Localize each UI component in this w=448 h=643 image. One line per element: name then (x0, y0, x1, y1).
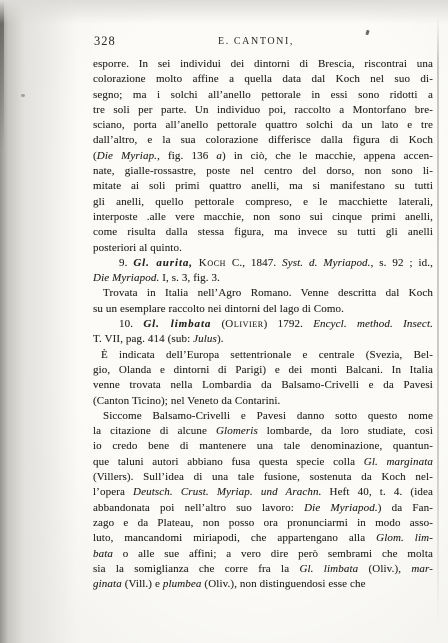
page-gutter-line (437, 16, 439, 626)
text-line: colorazione molto affine a quella data d… (93, 72, 433, 87)
text-segment: lombarde, da loro studiate, così (258, 425, 433, 437)
text-line: que taluni autori abbiano fusa questa sp… (93, 455, 433, 470)
text-segment: Die Myriap. (97, 150, 157, 162)
text-line: (Die Myriap., fig. 136 a) in ciò, che le… (93, 149, 433, 164)
text-line: ginata (Vill.) e plumbea (Oliv.), non di… (93, 577, 433, 592)
text-segment: ( (211, 318, 225, 330)
running-title: E. CANTONI, (218, 36, 294, 47)
text-segment: ginata (93, 578, 122, 590)
text-segment: posteriori al quinto. (93, 242, 182, 254)
paragraph-continuation: esporre. In sei individui dei dintorni d… (93, 57, 433, 256)
text-line: Siccome Balsamo-Crivelli e Pavesi danno … (93, 409, 433, 424)
paragraph-limbata-distribution: È indicata dell’Europa settentrionale e … (93, 348, 433, 409)
text-segment: (Oliv.), non distinguendosi esse che (202, 578, 366, 590)
text-line: bata o alle sue affini; a vero dire però… (93, 547, 433, 562)
text-segment: su un esemplare raccolto nei dintorni de… (93, 303, 344, 315)
text-segment: plumbea (163, 578, 202, 590)
text-line: l’opera Deutsch. Crust. Myriap. und Arac… (93, 485, 433, 500)
text-segment: Gl. marginata (364, 456, 433, 468)
text-line: 9. Gl. aurita, Koch C., 1847. Syst. d. M… (93, 256, 433, 271)
text-line: tre soli per parte. Un individuo poi, ra… (93, 103, 433, 118)
text-line: interposte .alle vere macchie, non sono … (93, 210, 433, 225)
text-segment: Gl. limbata (143, 318, 211, 330)
text-segment: gio, Olanda e dintorni di Parigi) e dei … (93, 364, 433, 376)
text-segment: Glom. lim- (376, 532, 433, 544)
text-segment: (Vill.) e (122, 578, 163, 590)
text-line: gio, Olanda e dintorni di Parigi) e dei … (93, 363, 433, 378)
text-segment: C., 1847. (226, 257, 282, 269)
text-segment: esporre. In sei individui dei dintorni d… (93, 58, 433, 70)
text-segment: Die Myriapod. (304, 502, 378, 514)
text-segment: È indicata dell’Europa settentrionale e … (101, 349, 433, 361)
text-segment: o alle sue affini; a vero dire però semb… (113, 548, 433, 560)
text-segment: Julus (193, 333, 217, 345)
text-segment: la citazione di alcune (93, 425, 216, 437)
text-line: (Villers). Sull’idea di una tale fusione… (93, 470, 433, 485)
text-segment: nate, gialle-rossastre, poste nel centro… (93, 165, 433, 177)
text-segment: l’opera (93, 486, 133, 498)
text-segment: ) 1792. (264, 318, 314, 330)
text-segment: zago e da Plateau, non posso ora pronunc… (93, 517, 433, 529)
text-segment: mitate ai soli primi quattro anelli, ma … (93, 180, 433, 192)
text-line: esporre. In sei individui dei dintorni d… (93, 57, 433, 72)
text-segment: colorazione molto affine a quella data d… (93, 73, 433, 85)
text-line: mitate ai soli primi quattro anelli, ma … (93, 179, 433, 194)
text-line: posteriori al quinto. (93, 241, 433, 256)
text-segment: abbandonata poi nell’altro suo lavoro: (93, 502, 304, 514)
text-segment: (Canton Ticino); nel Veneto da Contarini… (93, 395, 280, 407)
text-segment: Syst. d. Myriapod. (282, 257, 370, 269)
text-line: È indicata dell’Europa settentrionale e … (93, 348, 433, 363)
text-segment: Encycl. method. Insect. (313, 318, 433, 330)
text-segment: come risulta dalla stessa figura, ma inv… (93, 226, 433, 238)
text-segment: Olivier (225, 318, 263, 330)
text-line: abbandonata poi nell’altro suo lavoro: D… (93, 501, 433, 516)
text-line: gli anelli, quello pettorale compreso, e… (93, 195, 433, 210)
text-line: sciano, porta all’anello pettorale quatt… (93, 118, 433, 133)
text-segment: (Oliv.), (358, 563, 411, 575)
text-segment: Siccome Balsamo-Crivelli e Pavesi danno … (103, 410, 433, 422)
text-segment: ). (217, 333, 224, 345)
text-line: io credo bene di mantenere una tale deno… (93, 439, 433, 454)
text-segment: interposte .alle vere macchie, non sono … (93, 211, 433, 223)
text-segment: Koch (199, 257, 226, 269)
text-segment: venne trovata nella Lombardia da Balsamo… (93, 379, 433, 391)
page-number: 328 (94, 34, 116, 49)
text-line: sia la somiglianza che corre fra la Gl. … (93, 562, 433, 577)
text-segment: , fig. 136 (157, 150, 216, 162)
text-segment: segno; ma i solchi all’anello pettorale … (93, 89, 433, 101)
text-segment: dall’altro, e la sua colorazione differi… (93, 134, 433, 146)
running-head: 328 E. CANTONI, (93, 34, 433, 50)
text-line: dall’altro, e la sua colorazione differi… (93, 133, 433, 148)
text-segment: gli anelli, quello pettorale compreso, e… (93, 196, 433, 208)
text-segment: Deutsch. Crust. Myriap. und Arachn. (133, 486, 321, 498)
text-segment: Gl. limbata (299, 563, 358, 575)
text-segment: , s. 92 ; id., (371, 257, 433, 269)
text-segment: sciano, porta all’anello pettorale quatt… (93, 119, 433, 131)
text-line: nate, gialle-rossastre, poste nel centro… (93, 164, 433, 179)
text-segment: que taluni autori abbiano fusa questa sp… (93, 456, 364, 468)
text-line: luto, mancandomi miriapodi, che apparten… (93, 531, 433, 546)
text-line: zago e da Plateau, non posso ora pronunc… (93, 516, 433, 531)
text-segment: bata (93, 548, 113, 560)
text-line: (Canton Ticino); nel Veneto da Contarini… (93, 394, 433, 409)
paragraph-limbata-discussion: Siccome Balsamo-Crivelli e Pavesi danno … (93, 409, 433, 593)
text-segment: I, s. 3, fig. 3. (159, 272, 220, 284)
species-entry-9: 9. Gl. aurita, Koch C., 1847. Syst. d. M… (93, 256, 433, 287)
scan-speck (21, 94, 25, 97)
text-line: la citazione di alcune Glomeris lombarde… (93, 424, 433, 439)
text-line: su un esemplare raccolto nei dintorni de… (93, 302, 433, 317)
species-entry-10: 10. Gl. limbata (Olivier) 1792. Encycl. … (93, 317, 433, 348)
text-segment: 9. (119, 257, 133, 269)
text-segment: Heft 40, t. 4. (idea (322, 486, 433, 498)
text-segment: Glomeris (216, 425, 258, 437)
text-segment: sia la somiglianza che corre fra la (93, 563, 299, 575)
text-segment: io credo bene di mantenere una tale deno… (93, 440, 433, 452)
text-line: come risulta dalla stessa figura, ma inv… (93, 225, 433, 240)
text-line: Die Myriapod. I, s. 3, fig. 3. (93, 271, 433, 286)
paragraph-aurita-note: Trovata in Italia nell’Agro Romano. Venn… (93, 286, 433, 317)
text-block: esporre. In sei individui dei dintorni d… (93, 57, 433, 592)
text-segment: ) da Fan- (378, 502, 433, 514)
text-segment: T. VII, pag. 414 (sub: (93, 333, 193, 345)
text-segment: Gl. aurita, (133, 257, 193, 269)
text-segment: 10. (119, 318, 143, 330)
scan-edge-shadow-top (0, 0, 448, 24)
text-segment: Trovata in Italia nell’Agro Romano. Venn… (103, 287, 433, 299)
text-segment: ) in ciò, che le macchie, appena accen- (222, 150, 433, 162)
text-segment: (Villers). Sull’idea di una tale fusione… (93, 471, 433, 483)
text-segment: luto, mancandomi miriapodi, che apparten… (93, 532, 376, 544)
text-line: venne trovata nella Lombardia da Balsamo… (93, 378, 433, 393)
text-segment: Die Myriapod. (93, 272, 159, 284)
text-line: Trovata in Italia nell’Agro Romano. Venn… (93, 286, 433, 301)
text-segment: tre soli per parte. Un individuo poi, ra… (93, 104, 433, 116)
text-line: T. VII, pag. 414 (sub: Julus). (93, 332, 433, 347)
text-line: segno; ma i solchi all’anello pettorale … (93, 88, 433, 103)
scanned-page: 328 E. CANTONI, esporre. In sei individu… (0, 0, 448, 643)
text-line: 10. Gl. limbata (Olivier) 1792. Encycl. … (93, 317, 433, 332)
text-segment: mar- (411, 563, 433, 575)
scan-edge-shadow-left (0, 0, 78, 643)
